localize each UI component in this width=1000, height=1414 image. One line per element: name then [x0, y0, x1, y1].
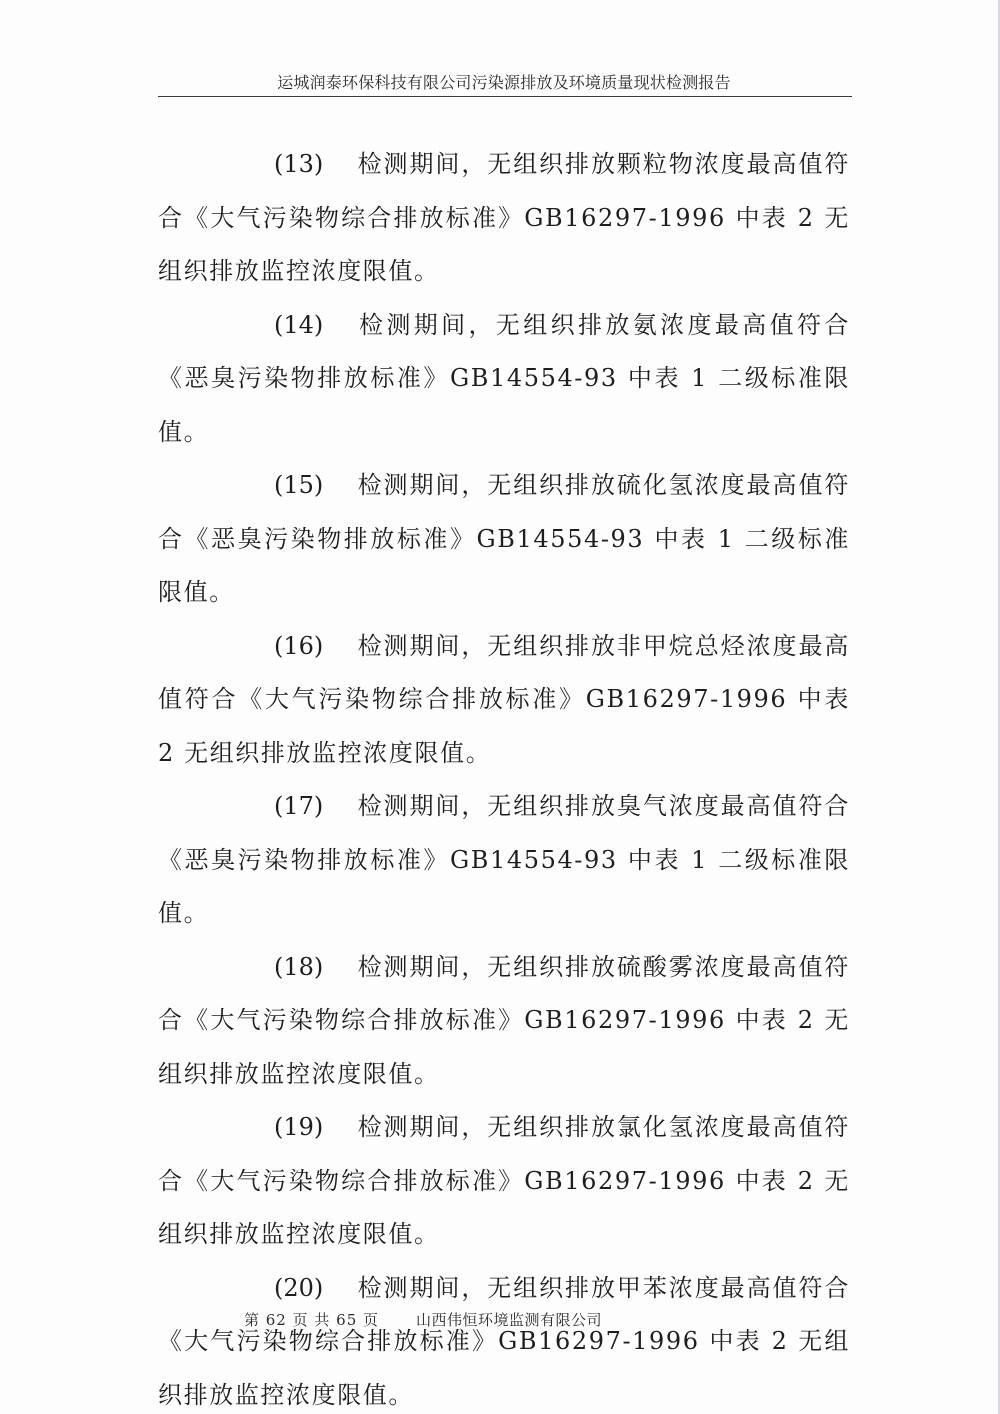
report-body: (13)检测期间，无组织排放颗粒物浓度最高值符合《大气污染物综合排放标准》GB1… — [158, 138, 850, 1414]
conclusion-item-19: (19)检测期间，无组织排放氯化氢浓度最高值符合《大气污染物综合排放标准》GB1… — [158, 1101, 850, 1262]
footer-company-name: 山西伟恒环境监测有限公司 — [416, 1309, 602, 1330]
item-number: (18) — [216, 941, 323, 995]
conclusion-item-14: (14)检测期间，无组织排放氨浓度最高值符合《恶臭污染物排放标准》GB14554… — [158, 299, 850, 460]
item-number: (16) — [216, 620, 323, 674]
conclusion-item-20: (20)检测期间，无组织排放甲苯浓度最高值符合《大气污染物综合排放标准》GB16… — [158, 1262, 850, 1414]
item-number: (17) — [216, 780, 323, 834]
header-divider — [158, 96, 852, 97]
page-number-label: 第 62 页 共 65 页 — [244, 1309, 379, 1330]
item-number: (14) — [216, 299, 323, 353]
conclusion-item-18: (18)检测期间，无组织排放硫酸雾浓度最高值符合《大气污染物综合排放标准》GB1… — [158, 941, 850, 1102]
item-number: (13) — [216, 138, 323, 192]
item-number: (15) — [216, 459, 323, 513]
conclusion-item-16: (16)检测期间，无组织排放非甲烷总烃浓度最高值符合《大气污染物综合排放标准》G… — [158, 620, 850, 781]
conclusion-item-17: (17)检测期间，无组织排放臭气浓度最高值符合《恶臭污染物排放标准》GB1455… — [158, 780, 850, 941]
conclusion-item-13: (13)检测期间，无组织排放颗粒物浓度最高值符合《大气污染物综合排放标准》GB1… — [158, 138, 850, 299]
document-page: 运城润泰环保科技有限公司污染源排放及环境质量现状检测报告 (13)检测期间，无组… — [0, 0, 1000, 1414]
item-number: (20) — [216, 1262, 323, 1316]
report-header-title: 运城润泰环保科技有限公司污染源排放及环境质量现状检测报告 — [158, 70, 850, 93]
conclusion-item-15: (15)检测期间，无组织排放硫化氢浓度最高值符合《恶臭污染物排放标准》GB145… — [158, 459, 850, 620]
item-number: (19) — [216, 1101, 323, 1155]
